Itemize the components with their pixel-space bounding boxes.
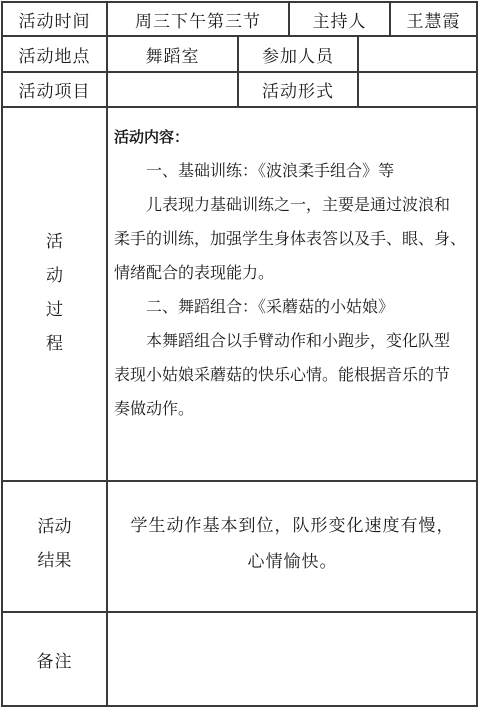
content-line: 本舞蹈组合以手臂动作和小跑步，变化队型	[114, 324, 474, 358]
activity-format-label: 活动形式	[239, 73, 357, 106]
participants-label: 参加人员	[239, 37, 357, 71]
activity-process-label: 活 动 过 程	[3, 225, 106, 361]
participants-value[interactable]	[359, 37, 476, 71]
activity-project-label: 活动项目	[3, 73, 106, 106]
activity-time-value[interactable]: 周三下午第三节	[108, 3, 288, 35]
activity-time-label: 活动时间	[3, 3, 106, 35]
content-title: 活动内容：	[114, 120, 474, 154]
activity-project-value[interactable]	[108, 73, 237, 106]
process-label-char: 动	[46, 259, 63, 293]
activity-result-label: 活动 结果	[3, 510, 106, 578]
result-label-line: 结果	[38, 544, 72, 578]
content-line: 柔手的训练，加强学生身体表答以及手、眼、身、	[114, 222, 474, 256]
row-divider-3	[2, 106, 478, 108]
activity-content[interactable]: 活动内容： 一、基础训练：《波浪柔手组合》等 儿表现力基础训练之一，主要是通过波…	[114, 120, 474, 426]
result-line: 学生动作基本到位，队形变化速度有慢，	[109, 508, 476, 544]
process-label-char: 程	[46, 327, 63, 361]
activity-result-value[interactable]: 学生动作基本到位，队形变化速度有慢， 心情愉快。	[109, 508, 476, 580]
process-label-char: 活	[46, 225, 63, 259]
process-label-char: 过	[46, 293, 63, 327]
content-line: 情绪配合的表现能力。	[114, 256, 474, 290]
content-line: 奏做动作。	[114, 392, 474, 426]
activity-format-value[interactable]	[359, 73, 476, 106]
activity-location-value[interactable]: 舞蹈室	[108, 37, 237, 71]
content-line: 表现小姑娘采蘑菇的快乐心情。能根据音乐的节	[114, 358, 474, 392]
activity-location-label: 活动地点	[3, 37, 106, 71]
remarks-label: 备注	[3, 613, 106, 705]
table-border-bottom	[2, 705, 478, 707]
row-divider-4	[2, 480, 478, 482]
host-value[interactable]: 王慧霞	[391, 3, 476, 35]
content-line: 二、舞蹈组合：《采蘑菇的小姑娘》	[114, 290, 474, 324]
content-line: 儿表现力基础训练之一，主要是通过波浪和	[114, 188, 474, 222]
result-line: 心情愉快。	[109, 544, 476, 580]
host-label: 主持人	[290, 3, 389, 35]
table-border-right	[476, 1, 478, 707]
result-label-line: 活动	[38, 510, 72, 544]
remarks-value[interactable]	[108, 613, 476, 705]
label-column-divider	[106, 1, 108, 707]
content-line: 一、基础训练：《波浪柔手组合》等	[114, 154, 474, 188]
